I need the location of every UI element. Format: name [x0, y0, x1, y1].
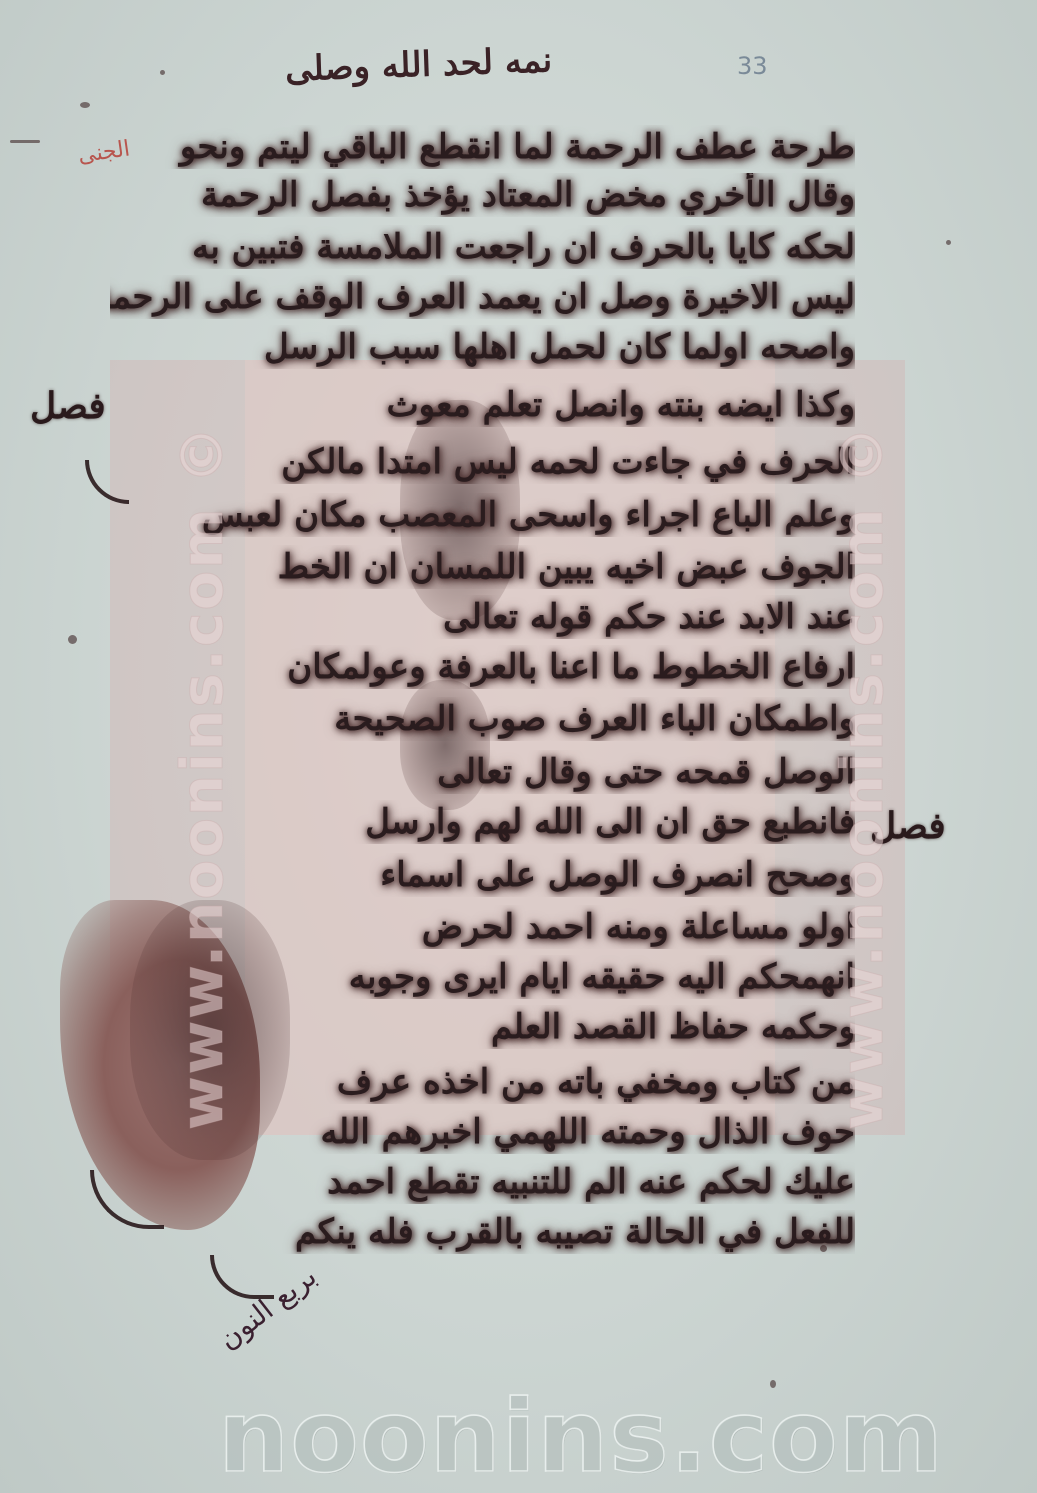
- text-line: الوصل قمحه حتى وقال تعالى: [215, 750, 855, 794]
- header-inscription: نمه لحد الله وصلى: [284, 40, 552, 89]
- text-line: فانطبع حق ان الى الله لهم وارسل: [155, 800, 855, 844]
- paper-speck: [946, 240, 951, 245]
- text-line: ليس الاخيرة وصل ان يعمد العرف الوقف على …: [110, 275, 855, 319]
- text-line: الحرف في جاءت لحمه ليس امتدا مالكن: [155, 440, 855, 484]
- text-line: للفعل في الحالة تصيبه بالقرب فله ينكم: [155, 1210, 855, 1254]
- margin-word-left: فصل: [30, 385, 106, 427]
- text-line: انهمحكم اليه حقيقه ايام ايرى وجوبه: [155, 955, 855, 999]
- watermark-left-vertical: www.noonins.com ©: [168, 424, 236, 1130]
- paper-speck: [10, 140, 40, 143]
- paper-speck: [80, 102, 90, 108]
- text-line: وقال الأخري مخض المعتاد يؤخذ بفصل الرحمة: [110, 173, 855, 217]
- text-line: الجوف عبض اخيه يبين اللمسان ان الخط: [155, 545, 855, 589]
- text-line: واطمكان الباء العرف صوب الصحيحة: [155, 697, 855, 741]
- paper-speck: [160, 70, 165, 75]
- text-line: طرحة عطف الرحمة لما انقطع الباقي ليتم ون…: [110, 125, 855, 169]
- text-line: لحكه كايا بالحرف ان راجعت الملامسة فتبين…: [110, 225, 855, 269]
- text-line: اولو مساعلة ومنه احمد لحرض: [155, 905, 855, 949]
- watermark-bottom: noonins.com: [218, 1378, 944, 1493]
- text-line: وحكمه حفاظ القصد العلم: [155, 1005, 855, 1049]
- calligraphic-swash: [85, 460, 129, 504]
- text-line: وكذا ايضه بنته وانصل تعلم معوث: [235, 383, 855, 427]
- text-line: من كتاب ومخفي باته من اخذه عرف: [135, 1060, 855, 1104]
- manuscript-photo: نمه لحد الله وصلى 33 طرحة عطف الرحمة لما…: [0, 0, 1037, 1493]
- text-line: وعلم الباع اجراء واسحى المعصب مكان لعبس: [155, 493, 855, 537]
- text-line: ارفاع الخطوط ما اعنا بالعرفة وعولمكان: [155, 645, 855, 689]
- text-line: عند الابد عند حكم قوله تعالى: [155, 595, 855, 639]
- text-line: وصحح انصرف الوصل على اسماء: [155, 853, 855, 897]
- watermark-right-vertical: www.noonins.com ©: [828, 424, 896, 1130]
- text-line: عليك لحكم عنه الم للتنبيه تقطع احمد: [115, 1160, 855, 1204]
- calligraphic-swash: [90, 1170, 164, 1229]
- folio-number: 33: [737, 52, 768, 80]
- text-line: واصحه اولما كان لحمل اهلها سبب الرسل: [110, 325, 855, 369]
- paper-speck: [68, 635, 77, 644]
